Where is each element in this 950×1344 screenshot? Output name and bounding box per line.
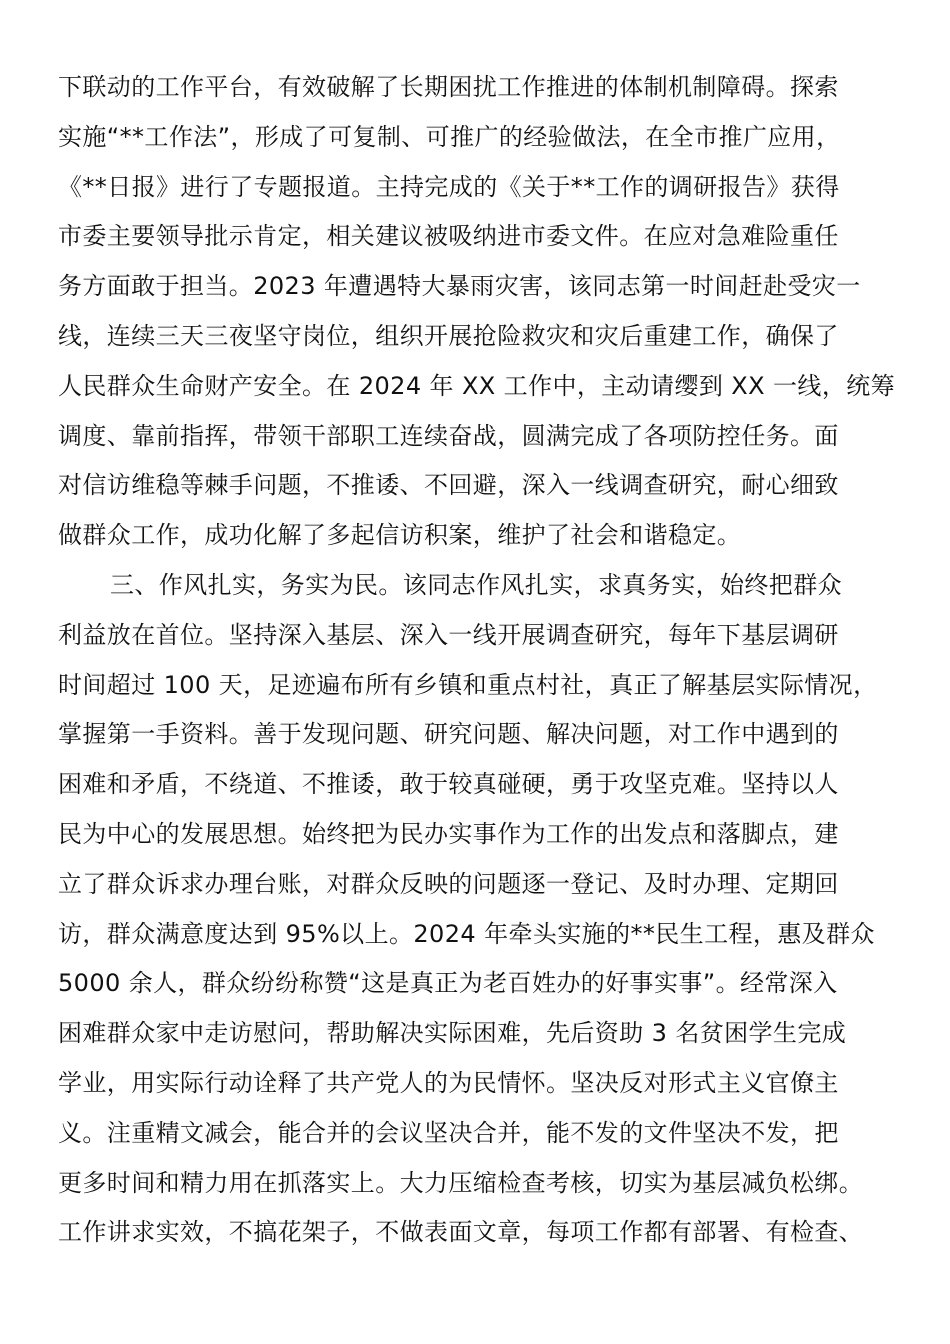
text-line: 学业，用实际行动诠释了共产党人的为民情怀。坚决反对形式主义官僚主	[58, 1059, 878, 1109]
text-line: 市委主要领导批示肯定，相关建议被吸纳进市委文件。在应对急难险重任	[58, 212, 878, 262]
text-line: 做群众工作，成功化解了多起信访积案，维护了社会和谐稳定。	[58, 511, 878, 561]
text-line: 民为中心的发展思想。始终把为民办实事作为工作的出发点和落脚点，建	[58, 810, 878, 860]
text-line: 义。注重精文减会，能合并的会议坚决合并，能不发的文件坚决不发，把	[58, 1109, 878, 1159]
text-line: 下联动的工作平台，有效破解了长期困扰工作推进的体制机制障碍。探索	[58, 63, 878, 113]
text-line: 5000 余人，群众纷纷称赞“这是真正为老百姓办的好事实事”。经常深入	[58, 959, 878, 1009]
text-line: 线，连续三天三夜坚守岗位，组织开展抢险救灾和灾后重建工作，确保了	[58, 312, 878, 362]
text-line: 务方面敢于担当。2023 年遭遇特大暴雨灾害，该同志第一时间赶赴受灾一	[58, 262, 878, 312]
paragraph-section-three: 三、作风扎实，务实为民。该同志作风扎实，求真务实，始终把群众 利益放在首位。坚持…	[58, 561, 878, 1258]
text-line: 时间超过 100 天，足迹遍布所有乡镇和重点村社，真正了解基层实际情况，	[58, 661, 878, 711]
text-line: 更多时间和精力用在抓落实上。大力压缩检查考核，切实为基层减负松绑。	[58, 1159, 878, 1209]
text-line: 《**日报》进行了专题报道。主持完成的《关于**工作的调研报告》获得	[58, 163, 878, 213]
text-line: 利益放在首位。坚持深入基层、深入一线开展调查研究，每年下基层调研	[58, 611, 878, 661]
document-page: 下联动的工作平台，有效破解了长期困扰工作推进的体制机制障碍。探索 实施“**工作…	[58, 63, 878, 1258]
text-line: 困难和矛盾，不绕道、不推诿，敢于较真碰硬，勇于攻坚克难。坚持以人	[58, 760, 878, 810]
text-line: 工作讲求实效，不搞花架子，不做表面文章，每项工作都有部署、有检查、	[58, 1208, 878, 1258]
paragraph-achievements: 下联动的工作平台，有效破解了长期困扰工作推进的体制机制障碍。探索 实施“**工作…	[58, 63, 878, 561]
text-line: 实施“**工作法”，形成了可复制、可推广的经验做法，在全市推广应用，	[58, 113, 878, 163]
text-line: 调度、靠前指挥，带领干部职工连续奋战，圆满完成了各项防控任务。面	[58, 412, 878, 462]
text-line: 人民群众生命财产安全。在 2024 年 XX 工作中，主动请缨到 XX 一线，统…	[58, 362, 878, 412]
text-line: 掌握第一手资料。善于发现问题、研究问题、解决问题，对工作中遇到的	[58, 710, 878, 760]
text-line: 访，群众满意度达到 95%以上。2024 年牵头实施的**民生工程，惠及群众	[58, 910, 878, 960]
text-line: 对信访维稳等棘手问题，不推诿、不回避，深入一线调查研究，耐心细致	[58, 461, 878, 511]
text-line: 困难群众家中走访慰问，帮助解决实际困难，先后资助 3 名贫困学生完成	[58, 1009, 878, 1059]
section-heading-line: 三、作风扎实，务实为民。该同志作风扎实，求真务实，始终把群众	[58, 561, 878, 611]
text-line: 立了群众诉求办理台账，对群众反映的问题逐一登记、及时办理、定期回	[58, 860, 878, 910]
